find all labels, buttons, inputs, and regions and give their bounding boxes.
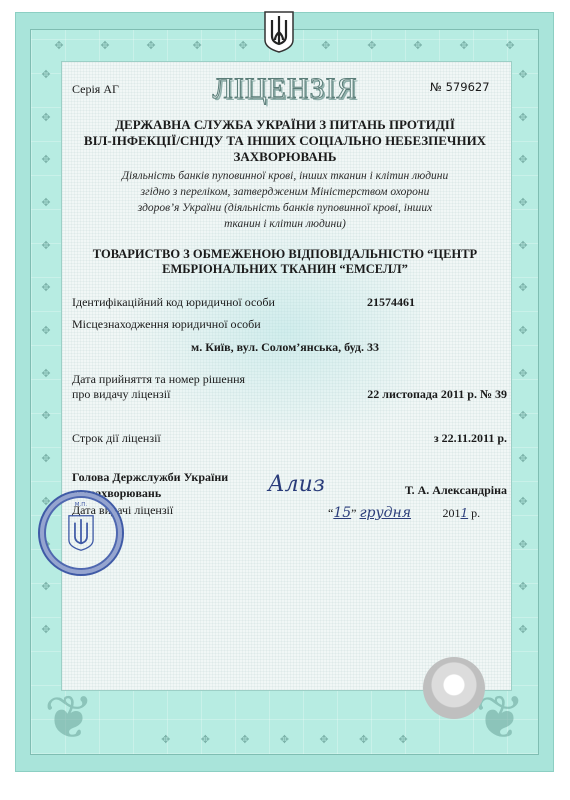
right-ornament-column: ✥✥✥✥✥✥✥✥✥✥✥✥✥✥ bbox=[513, 53, 533, 651]
official-stamp: М.П. bbox=[38, 490, 124, 576]
company-name: ТОВАРИСТВО З ОБМЕЖЕНОЮ ВІДПОВІДАЛЬНІСТЮ … bbox=[60, 247, 510, 277]
location-value: м. Київ, вул. Солом’янська, буд. 33 bbox=[60, 340, 510, 355]
coat-of-arms-trident-icon bbox=[263, 10, 295, 54]
id-code-label: Ідентифікаційний код юридичної особи bbox=[72, 295, 275, 310]
validity-label: Строк дії ліцензії bbox=[72, 431, 161, 446]
series-label: Серія АГ bbox=[72, 82, 119, 97]
id-code-value: 21574461 bbox=[367, 295, 415, 310]
company-line: ТОВАРИСТВО З ОБМЕЖЕНОЮ ВІДПОВІДАЛЬНІСТЮ … bbox=[60, 247, 510, 262]
authority-line: ДЕРЖАВНА СЛУЖБА УКРАЇНИ З ПИТАНЬ ПРОТИДІ… bbox=[55, 117, 515, 133]
activity-line: здоров’я України (діяльність банків пупо… bbox=[75, 200, 495, 216]
issue-year-unit: р. bbox=[471, 506, 480, 520]
issue-year-suffix: 1 bbox=[460, 506, 468, 520]
hologram-eagle-icon bbox=[423, 657, 485, 719]
decision-label-line: Дата прийняття та номер рішення bbox=[72, 372, 245, 387]
decision-value: 22 листопада 2011 р. № 39 bbox=[367, 387, 507, 402]
document-title: ЛІЦЕНЗІЯ bbox=[205, 72, 365, 106]
stamp-trident-icon bbox=[66, 514, 96, 552]
issue-year-prefix: 201 bbox=[442, 506, 460, 520]
signer-name: Т. А. Александріна bbox=[405, 483, 507, 498]
location-label: Місцезнаходження юридичної особи bbox=[72, 317, 261, 332]
activity-line: тканин і клітин людини) bbox=[75, 216, 495, 232]
position-line: Голова Держслужби України bbox=[72, 469, 228, 485]
issue-date: “15” грудня 2011 р. bbox=[328, 505, 480, 521]
issuing-authority: ДЕРЖАВНА СЛУЖБА УКРАЇНИ З ПИТАНЬ ПРОТИДІ… bbox=[55, 117, 515, 165]
authority-line: ВІЛ-ІНФЕКЦІЇ/СНІДУ ТА ІНШИХ СОЦІАЛЬНО НЕ… bbox=[55, 133, 515, 149]
company-line: ЕМБРІОНАЛЬНИХ ТКАНИН “ЕМСЕЛЛ” bbox=[60, 262, 510, 277]
validity-value: з 22.11.2011 р. bbox=[434, 431, 507, 446]
authority-line: ЗАХВОРЮВАНЬ bbox=[55, 149, 515, 165]
issue-day: 15 bbox=[333, 505, 351, 521]
license-number: № 579627 bbox=[430, 80, 490, 94]
stamp-text: М.П. bbox=[40, 502, 122, 508]
licensed-activity: Діяльність банків пуповинної крові, інши… bbox=[75, 168, 495, 232]
decision-label-line: про видачу ліцензії bbox=[72, 387, 245, 402]
activity-line: Діяльність банків пуповинної крові, інши… bbox=[75, 168, 495, 184]
quote-close: ” bbox=[351, 506, 356, 520]
bottom-ornament-row: ✥✥✥✥✥✥✥ bbox=[146, 729, 423, 749]
issue-month: грудня bbox=[359, 505, 439, 521]
activity-line: згідно з переліком, затвердженим Міністе… bbox=[75, 184, 495, 200]
decision-label: Дата прийняття та номер рішення про вида… bbox=[72, 372, 245, 402]
signature: Ализ bbox=[268, 472, 325, 497]
